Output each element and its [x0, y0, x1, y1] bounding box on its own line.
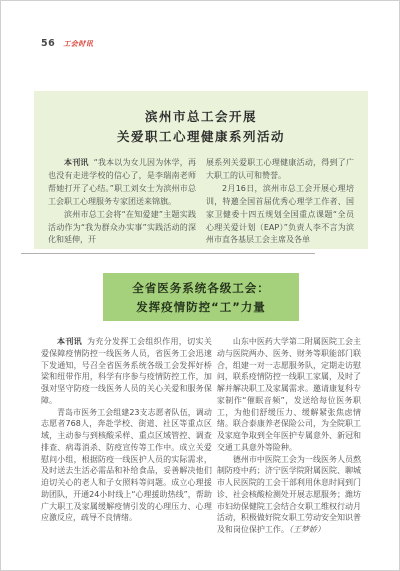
article1-card: 滨州市总工会开展 关爱职工心理健康系列活动 本刊讯“我本以为女儿因为休学，再也没…	[34, 91, 368, 249]
article1-title-line1: 滨州市总工会开展	[34, 107, 368, 127]
paragraph: 本刊讯为充分发挥工会组织作用，切实关爱保障疫情防控一线医务人员，省医务工会迅速下…	[41, 336, 212, 407]
article2-title-card: 全省医务系统各级工会： 发挥疫情防控“工”力量	[103, 273, 299, 321]
paragraph: 山东中医药大学第二附属医院工会主动与医院两办、医务、财务等职能部门联合，组建一对…	[217, 336, 361, 454]
paragraph: 展系列关爱职工心理健康活动，得到了广大职工的认可和赞誉。	[206, 157, 354, 183]
article2-column-right: 山东中医药大学第二附属医院工会主动与医院两办、医务、财务等职能部门联合，组建一对…	[217, 336, 361, 536]
paragraph-text: 为充分发挥工会组织作用，切实关爱保障疫情防控一线医务人员，省医务工会迅速下发通知…	[41, 337, 212, 405]
lead-label: 本刊讯	[64, 158, 94, 167]
paragraph: 青岛市医务工会组建23支志愿者队伍，调动志愿者768人，奔赴学校、街道、社区等重…	[41, 407, 212, 525]
magazine-page: 56 工会时讯 滨州市总工会开展 关爱职工心理健康系列活动 本刊讯“我本以为女儿…	[0, 0, 400, 571]
paragraph: 本刊讯“我本以为女儿因为休学，再也没有走进学校的信心了，是李瑞南老师帮她打开了心…	[48, 157, 196, 209]
section-label: 工会时讯	[63, 39, 93, 49]
article1-columns: 本刊讯“我本以为女儿因为休学，再也没有走进学校的信心了，是李瑞南老师帮她打开了心…	[34, 157, 368, 247]
article1-column-left: 本刊讯“我本以为女儿因为休学，再也没有走进学校的信心了，是李瑞南老师帮她打开了心…	[48, 157, 196, 247]
paragraph-text: 德州市中医院工会为一线医务人员熬制防疫中药；济宁医学院附属医院、聊城市人民医院的…	[217, 455, 361, 535]
article2-title: 全省医务系统各级工会： 发挥疫情防控“工”力量	[103, 273, 299, 316]
article1-column-right: 展系列关爱职工心理健康活动，得到了广大职工的认可和赞誉。 2月16日，滨州市总工…	[206, 157, 354, 247]
article1-title-line2: 关爱职工心理健康系列活动	[34, 127, 368, 147]
article2-title-line2: 发挥疫情防控“工”力量	[103, 298, 299, 317]
article1-title: 滨州市总工会开展 关爱职工心理健康系列活动	[34, 91, 368, 147]
page-number: 56	[41, 38, 55, 49]
author-credit: （王梦娇）	[289, 525, 325, 534]
article2-title-line1: 全省医务系统各级工会：	[103, 279, 299, 298]
lead-label: 本刊讯	[57, 337, 87, 346]
section-divider	[21, 253, 315, 254]
paragraph: 德州市中医院工会为一线医务人员熬制防疫中药；济宁医学院附属医院、聊城市人民医院的…	[217, 454, 361, 536]
article2-columns: 本刊讯为充分发挥工会组织作用，切实关爱保障疫情防控一线医务人员，省医务工会迅速下…	[41, 336, 361, 536]
page-header: 56 工会时讯	[41, 38, 93, 49]
paragraph: 2月16日，滨州市总工会开展心理培训，特邀全国首届优秀心理学工作者、国家卫健委十…	[206, 183, 354, 248]
article2-column-left: 本刊讯为充分发挥工会组织作用，切实关爱保障疫情防控一线医务人员，省医务工会迅速下…	[41, 336, 212, 536]
paragraph: 滨州市总工会将“在知爱建”主题实践活动作为“我为群众办实事”实践活动的深化和延伸…	[48, 209, 196, 248]
